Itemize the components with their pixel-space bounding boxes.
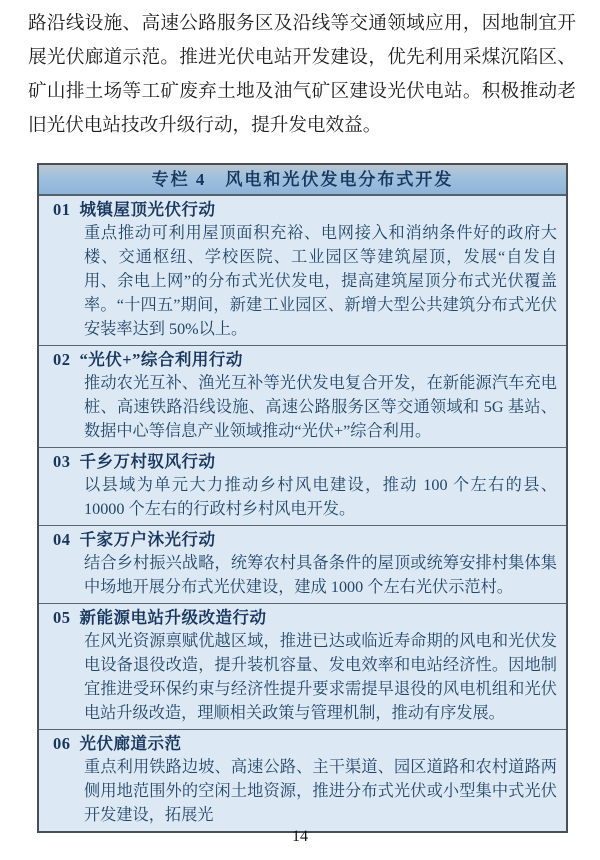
- section-number: 03: [53, 452, 71, 471]
- document-page: 路沿线设施、高速公路服务区及沿线等交通领域应用，因地制宜开展光伏廊道示范。推进光…: [0, 0, 600, 860]
- panel-section-02: 02“光伏+”综合利用行动 推动农光互补、渔光互补等光伏发电复合开发，在新能源汽…: [39, 346, 566, 448]
- section-body: 重点利用铁路边坡、高速公路、主干渠道、园区道路和农村道路两侧用地范围外的空闲土地…: [48, 755, 557, 827]
- section-title-text: 城镇屋顶光伏行动: [80, 200, 216, 219]
- section-title-text: 新能源电站升级改造行动: [80, 608, 267, 627]
- panel-section-03: 03千乡万村驭风行动 以县域为单元大力推动乡村风电建设，推动 100 个左右的县…: [39, 448, 566, 526]
- section-title: 02“光伏+”综合利用行动: [48, 349, 557, 371]
- section-body: 结合乡村振兴战略，统筹农村具备条件的屋顶或统筹安排村集体集中场地开展分布式光伏建…: [48, 551, 557, 599]
- section-title-text: “光伏+”综合利用行动: [80, 350, 243, 369]
- section-number: 06: [53, 734, 71, 753]
- section-number: 01: [53, 200, 71, 219]
- section-title-text: 千乡万村驭风行动: [80, 452, 216, 471]
- panel-section-04: 04千家万户沐光行动 结合乡村振兴战略，统筹农村具备条件的屋顶或统筹安排村集体集…: [39, 526, 566, 604]
- panel-column-4: 专栏 4 风电和光伏发电分布式开发 01城镇屋顶光伏行动 重点推动可利用屋顶面积…: [37, 163, 568, 833]
- section-body: 重点推动可利用屋顶面积充裕、电网接入和消纳条件好的政府大楼、交通枢纽、学校医院、…: [48, 221, 557, 341]
- page-number: 14: [0, 828, 600, 846]
- section-number: 05: [53, 608, 71, 627]
- section-body: 以县域为单元大力推动乡村风电建设，推动 100 个左右的县、10000 个左右的…: [48, 473, 557, 521]
- section-number: 04: [53, 530, 71, 549]
- section-title-text: 光伏廊道示范: [80, 734, 182, 753]
- panel-title: 专栏 4 风电和光伏发电分布式开发: [39, 165, 566, 196]
- section-title: 03千乡万村驭风行动: [48, 451, 557, 473]
- section-title-text: 千家万户沐光行动: [80, 530, 216, 549]
- panel-section-01: 01城镇屋顶光伏行动 重点推动可利用屋顶面积充裕、电网接入和消纳条件好的政府大楼…: [39, 196, 566, 346]
- panel-section-06: 06光伏廊道示范 重点利用铁路边坡、高速公路、主干渠道、园区道路和农村道路两侧用…: [39, 730, 566, 831]
- intro-paragraph: 路沿线设施、高速公路服务区及沿线等交通领域应用，因地制宜开展光伏廊道示范。推进光…: [28, 7, 576, 143]
- section-title: 05新能源电站升级改造行动: [48, 607, 557, 629]
- section-body: 推动农光互补、渔光互补等光伏发电复合开发，在新能源汽车充电桩、高速铁路沿线设施、…: [48, 371, 557, 443]
- section-title: 06光伏廊道示范: [48, 733, 557, 755]
- section-title: 01城镇屋顶光伏行动: [48, 199, 557, 221]
- section-title: 04千家万户沐光行动: [48, 529, 557, 551]
- panel-section-05: 05新能源电站升级改造行动 在风光资源禀赋优越区域，推进已达或临近寿命期的风电和…: [39, 604, 566, 730]
- section-body: 在风光资源禀赋优越区域，推进已达或临近寿命期的风电和光伏发电设备退役改造，提升装…: [48, 629, 557, 725]
- section-number: 02: [53, 350, 71, 369]
